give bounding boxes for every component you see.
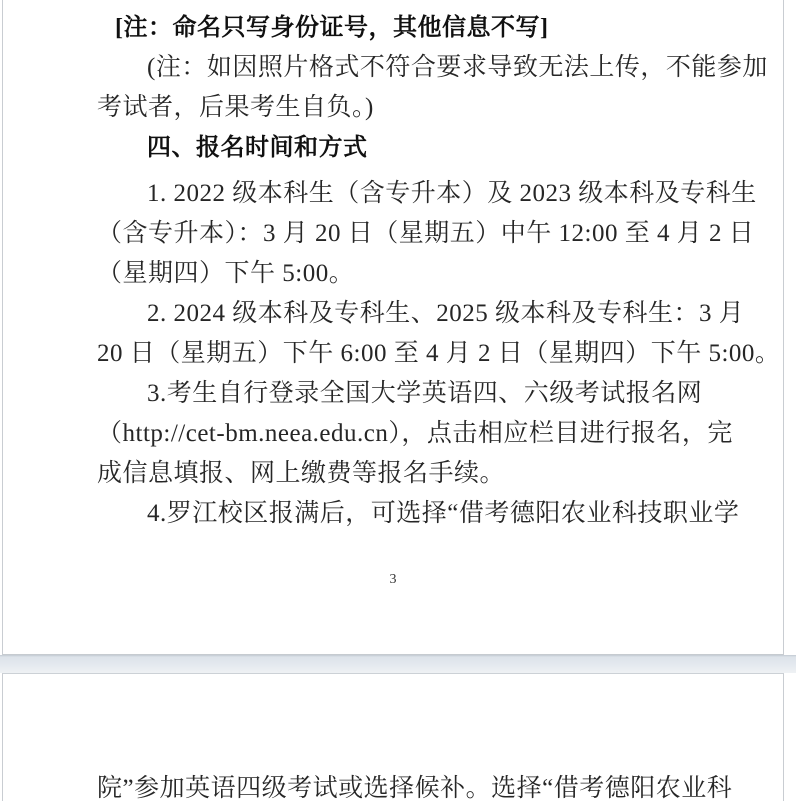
document-viewer: [注：命名只写身份证号，其他信息不写](注：如因照片格式不符合要求导致无法上传，… — [0, 0, 796, 801]
text-line: 1. 2022 级本科生（含专升本）及 2023 级本科及专科生 — [97, 174, 741, 214]
text-line: （http://cet-bm.neea.edu.cn），点击相应栏目进行报名，完 — [97, 414, 741, 454]
document-page-2[interactable]: 院”参加英语四级考试或选择候补。选择“借考德阳农业科 — [2, 673, 784, 801]
text-line: 4.罗江校区报满后，可选择“借考德阳农业科技职业学 — [97, 494, 741, 534]
text-line: 3.考生自行登录全国大学英语四、六级考试报名网 — [97, 374, 741, 414]
text-line: 考试者，后果考生自负。) — [97, 88, 741, 128]
page-number: 3 — [3, 570, 783, 590]
text-line: 2. 2024 级本科及专科生、2025 级本科及专科生：3 月 — [97, 294, 741, 334]
text-line: （星期四）下午 5:00。 — [97, 254, 741, 294]
page2-body-text: 院”参加英语四级考试或选择候补。选择“借考德阳农业科 — [97, 769, 741, 801]
text-line: 20 日（星期五）下午 6:00 至 4 月 2 日（星期四）下午 5:00。 — [97, 334, 741, 374]
text-line: （含专升本）：3 月 20 日（星期五）中午 12:00 至 4 月 2 日 — [97, 214, 741, 254]
page-gap — [0, 655, 796, 673]
text-line: (注：如因照片格式不符合要求导致无法上传，不能参加 — [97, 48, 741, 88]
text-line: 院”参加英语四级考试或选择候补。选择“借考德阳农业科 — [97, 769, 741, 801]
document-page-1[interactable]: [注：命名只写身份证号，其他信息不写](注：如因照片格式不符合要求导致无法上传，… — [2, 0, 784, 655]
text-line: [注：命名只写身份证号，其他信息不写] — [97, 8, 741, 48]
text-line: 四、报名时间和方式 — [97, 128, 741, 168]
text-line: 成信息填报、网上缴费等报名手续。 — [97, 454, 741, 494]
page1-body-text: [注：命名只写身份证号，其他信息不写](注：如因照片格式不符合要求导致无法上传，… — [97, 8, 741, 534]
